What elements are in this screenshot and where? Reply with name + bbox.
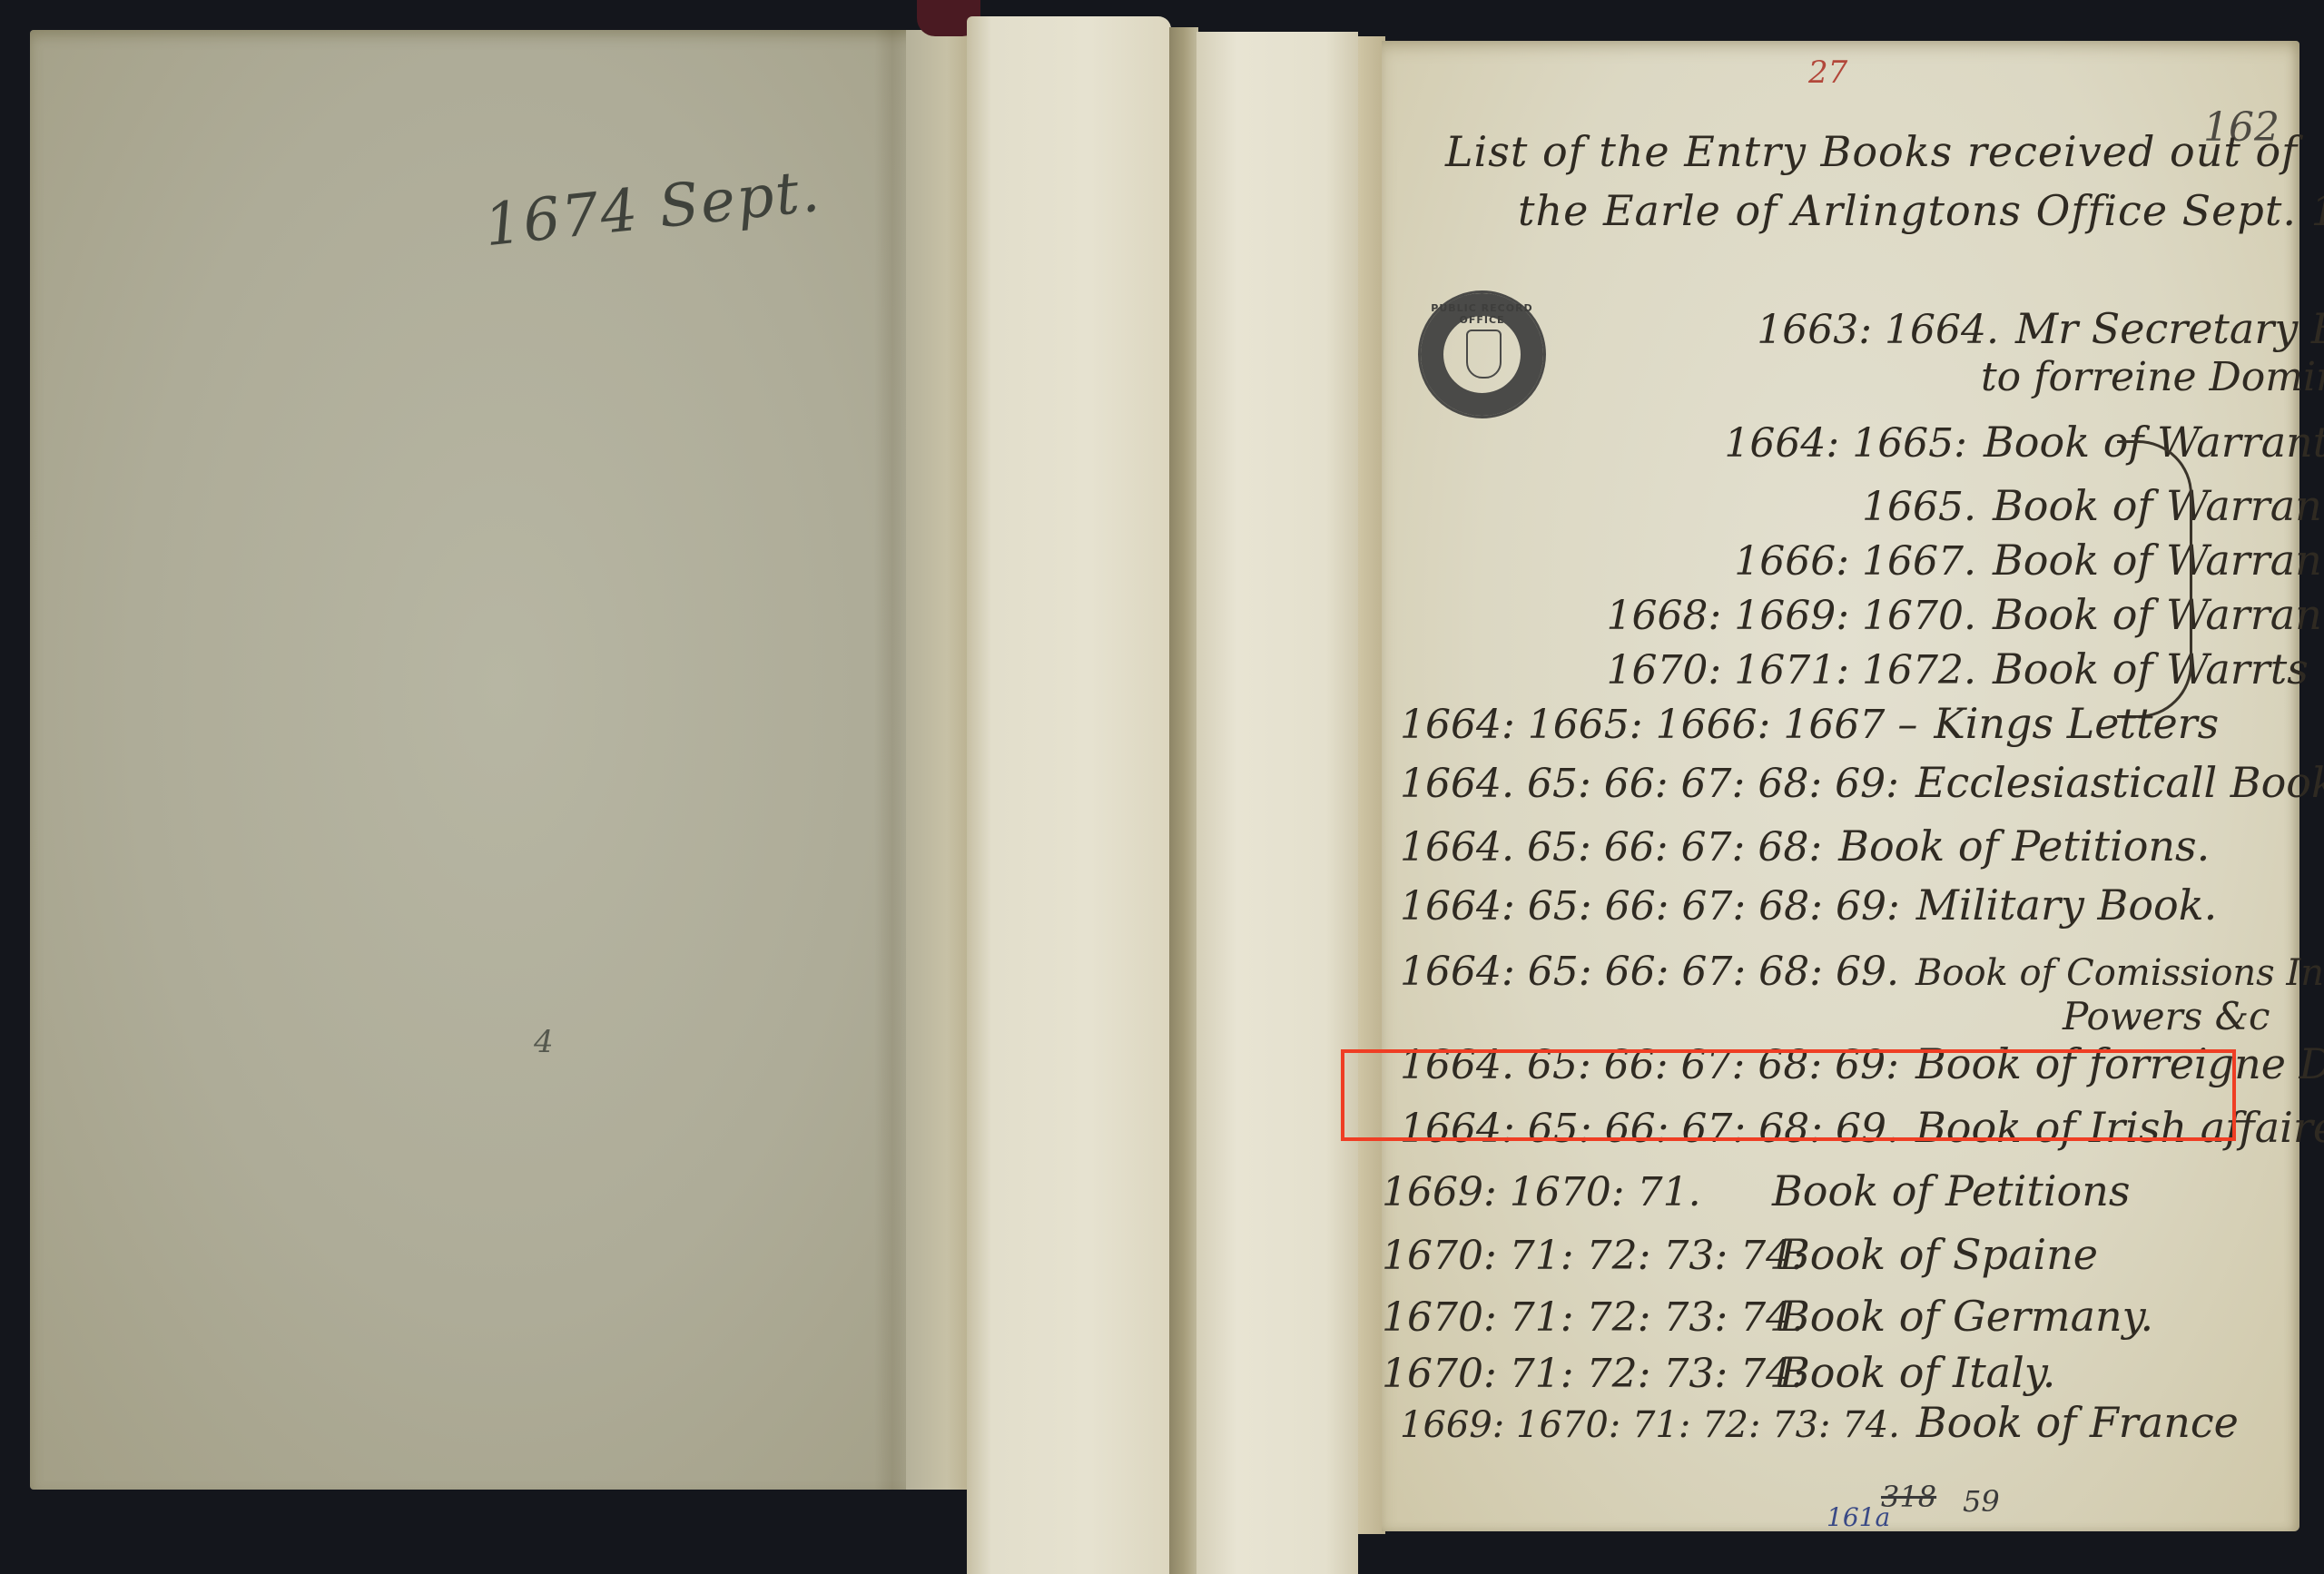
entry-book: Book of Petitions. [1838, 821, 2210, 871]
entry-row: 1669: 1670: 71: 72: 73: 74. Book of Fran… [1400, 1398, 2239, 1447]
entry-years: 1664: 65: 66: 67: 68: 69: [1400, 883, 1900, 930]
date-note: 1674 Sept. [481, 158, 824, 260]
entry-row: 1670: 71: 72: 73: 74: Book of Italy. [1382, 1348, 2055, 1397]
entry-years: 1663: 1664. [1382, 307, 1999, 353]
pencil-mark: 4 [534, 1024, 554, 1060]
entry-years: 1664: 1665: [1382, 420, 1967, 467]
entry-row: 1664. 65: 66: 67: 68: 69: Ecclesiastical… [1400, 758, 2324, 807]
entry-book: Ecclesiasticall Book. [1915, 758, 2324, 807]
entry-years: 1664. 65: 66: 67: 68: 69: [1400, 761, 1899, 807]
entry-book: Book of Germany. [1779, 1292, 2153, 1341]
entry-row: 1664: 65: 66: 67: 68: 69. Book of Comiss… [1400, 949, 2324, 995]
title-line-1: List of the Entry Books received out of [1445, 127, 2298, 176]
entry-book: Book of Italy. [1779, 1348, 2055, 1397]
entry-book: Kings Letters [1934, 699, 2219, 748]
entry-years: 1670: 71: 72: 73: 74: [1382, 1233, 1763, 1279]
spine-gap [1169, 27, 1198, 1574]
entry-years: 1670: 71: 72: 73: 74. [1382, 1294, 1763, 1341]
page-edge-strip [906, 30, 974, 1490]
entry-years: 1664: 65: 66: 67: 68: 69. [1400, 949, 1899, 995]
entry-row: 1669: 1670: 71. Book of Petitions [1382, 1166, 2130, 1215]
entry-row: 1663: 1664. Mr Secretary Bennetts Lres [1382, 304, 2324, 353]
entry-row: 1664: 65: 66: 67: 68: 69: Military Book. [1400, 880, 2217, 930]
title-line-2: the Earle of Arlingtons Office Sept. 167… [1518, 186, 2324, 235]
struck-reference: 318 [1881, 1480, 1936, 1514]
entry-row: 1670: 71: 72: 73: 74: Book of Spaine [1382, 1230, 2098, 1279]
entry-book: Book of Spaine [1779, 1230, 2098, 1279]
entry-row: 1664: 1665: Book of Warrants. [1382, 418, 2324, 467]
entry-years: 1670: 71: 72: 73: 74: [1382, 1351, 1763, 1397]
guard-strip-1 [967, 16, 1171, 1574]
entry-book: Book of Petitions [1772, 1166, 2130, 1215]
red-pencil-number: 27 [1808, 54, 1847, 91]
entry-years: 1669: 1670: 71. [1382, 1169, 1654, 1215]
page-crease [874, 30, 911, 1490]
highlight-box [1341, 1049, 2236, 1141]
entry-years: 1666: 1667. [1382, 538, 1976, 585]
entry-book: Book of France [1916, 1398, 2239, 1447]
entry-continuation: to forreine Dominions. [1981, 354, 2324, 400]
entry-book: Book of Comissions Instructions [1915, 952, 2324, 994]
entry-row: 1664: 1665: 1666: 1667 – Kings Letters [1400, 699, 2219, 748]
entry-years: 1669: 1670: 71: 72: 73: 74. [1400, 1404, 1900, 1446]
entry-years: 1664: 1665: 1666: 1667 – [1400, 702, 1917, 748]
entry-years: 1665. [1382, 484, 1976, 530]
guard-strip-2 [1196, 32, 1358, 1574]
left-page: 1674 Sept. 4 [30, 30, 974, 1490]
entry-row: 1670: 71: 72: 73: 74. Book of Germany. [1382, 1292, 2153, 1341]
entry-continuation: Powers &c [2063, 994, 2270, 1038]
entry-book: Mr Secretary Bennetts Lres [2015, 304, 2324, 353]
entry-book: Military Book. [1916, 880, 2217, 930]
entry-years: 1670: 1671: 1672. [1382, 647, 1976, 694]
warrants-bracket [2117, 440, 2192, 718]
entry-years: 1664. 65: 66: 67: 68: [1400, 824, 1822, 871]
entry-row: 1664. 65: 66: 67: 68: Book of Petitions. [1400, 821, 2210, 871]
right-page: 27 162 List of the Entry Books received … [1382, 41, 2299, 1531]
reference-number: 59 [1963, 1484, 2000, 1519]
entry-years: 1668: 1669: 1670. [1382, 593, 1976, 639]
